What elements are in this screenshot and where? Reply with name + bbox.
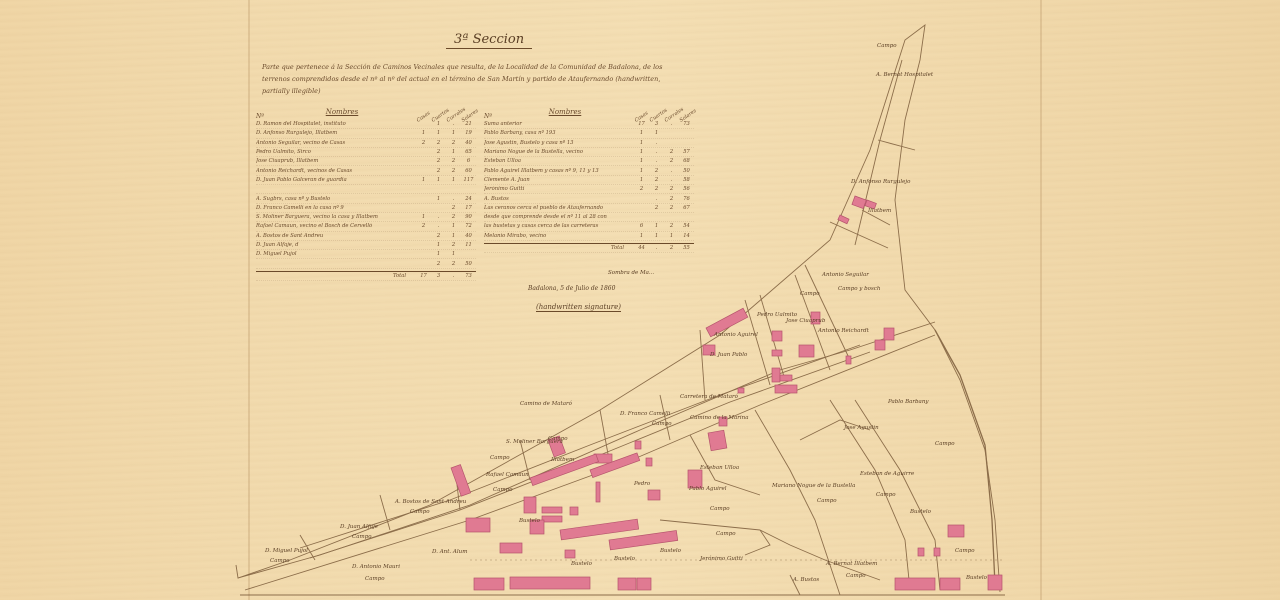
parcel-label: D. Antonio Mauri: [351, 564, 400, 570]
parcel-label: Campo: [493, 487, 513, 493]
parcel-label: Antonio Aguirel: [713, 332, 758, 338]
parcel-label: Jose Ciuaprub: [785, 318, 826, 324]
parcel-label: D. Ant. Alum: [431, 549, 467, 555]
parcel-label: Campo: [846, 573, 866, 579]
parcel-label: Campo: [652, 421, 672, 427]
parcel-label: A. Bostos de Sant Andreu: [394, 499, 467, 505]
parcel-label: Campo: [710, 506, 730, 512]
parcel-label: Bustelo: [613, 556, 636, 562]
parcel-label: Campo: [716, 531, 736, 537]
parcel-label: Campo y bosch: [838, 286, 881, 292]
parcel-label: Bustelo: [659, 548, 682, 554]
parcel-label: A. Bustos: [792, 577, 819, 583]
map-labels: CampoA. Bernat HospitaletD. Anfonso Rurg…: [264, 43, 988, 583]
parcel-label: Pedro: [633, 481, 651, 487]
parcel-label: Illatbem: [867, 208, 891, 214]
parcel-label: Mariano Nogue de la Bustella: [771, 483, 855, 489]
parcel-label: Bustelo: [909, 509, 932, 515]
parcel-label: Camino de la Marina: [690, 415, 749, 421]
parcel-label: D. Anfonso Rurgulejo: [850, 179, 911, 185]
parcel-label: Bustelo: [518, 518, 541, 524]
parcel-label: Carretera de Mataró: [680, 393, 739, 400]
parcel-label: Campo: [490, 455, 510, 461]
parcel-label: Antonio Seguilar: [821, 272, 869, 278]
parcel-label: Campo: [876, 492, 896, 498]
parcel-label: Campo: [877, 43, 897, 49]
parcel-label: Pablo Barbany: [887, 399, 929, 405]
parcel-label: Rafael Camaun: [485, 472, 529, 478]
parcel-label: Campo: [817, 498, 837, 504]
parcel-label: Esteban de Aguirre: [859, 471, 915, 477]
parcel-label: Esteban Ulloa: [699, 465, 739, 471]
parcel-label: Bustelo: [570, 561, 593, 567]
parcel-label: Campo: [935, 441, 955, 447]
parcel-label: Camino de Mataró: [520, 400, 573, 407]
parcel-boundaries: [236, 25, 1005, 595]
parcel-label: Campo: [955, 548, 975, 554]
parcel-label: Illatbem: [550, 457, 574, 463]
parcel-label: Jerónimo Guitti: [699, 555, 743, 562]
parcel-label: A. Bernat Hospitalet: [875, 72, 934, 78]
parcel-label: D. Franco Camelli: [619, 411, 671, 417]
parcel-label: D. Juan Alfaje: [339, 524, 379, 530]
parcel-label: Campo: [800, 291, 820, 297]
parcel-label: Campo: [352, 534, 372, 540]
parcel-label: Pablo Aguirel: [688, 486, 727, 492]
parcel-label: D. Miguel Pujol: [264, 548, 308, 554]
parcel-label: Antonio Reichardt: [817, 328, 870, 334]
parcel-label: Campo: [410, 509, 430, 515]
parcel-label: Jose Agustin: [843, 425, 879, 431]
parcel-label: Campo: [365, 576, 385, 582]
parcel-label: Bustelo: [965, 575, 988, 581]
parcel-label: D. Juan Pablo: [709, 352, 748, 358]
parcel-label: Campo: [270, 558, 290, 564]
parcel-label: A. Bernat Illatbem: [825, 561, 877, 567]
parcel-label: Campo: [548, 436, 568, 442]
cadastral-map: CampoA. Bernat HospitaletD. Anfonso Rurg…: [0, 0, 1280, 600]
